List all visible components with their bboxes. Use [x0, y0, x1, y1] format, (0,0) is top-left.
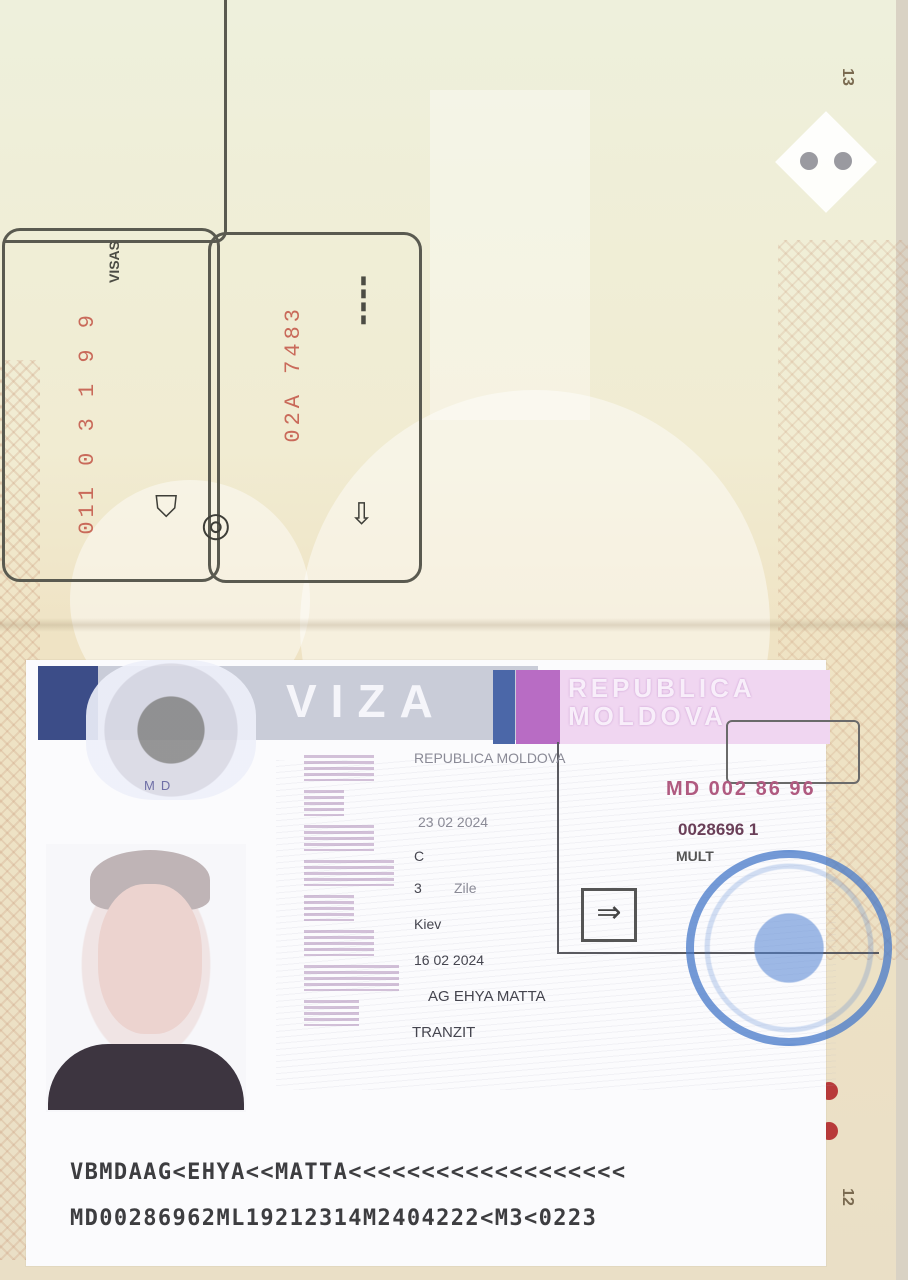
issuing-state-line1: REPUBLICA — [568, 674, 756, 702]
exit-arrow-icon: ⇩ — [349, 497, 374, 532]
stamp-exit-right: 02A 7483 ▮▮▮▮ ⇩ ◎ — [208, 232, 422, 583]
duration: 3 — [414, 880, 422, 896]
passport-page: 13 12 VISAS 011 0 3 1 9 9 ⛉ 02A 7483 ▮▮▮… — [0, 0, 908, 1280]
page-number-top: 13 — [838, 68, 856, 86]
visa-code: 0028696 1 — [678, 820, 758, 840]
field-label — [304, 930, 374, 956]
stamp-top-left — [4, 0, 227, 243]
date-of-issue: 16 02 2024 — [414, 952, 484, 968]
photo-shoulders — [48, 1044, 244, 1110]
visa-sticker: VIZA REPUBLICA MOLDOVA MD REPUBLICA MOLD… — [26, 660, 826, 1266]
visa-title: VIZA — [286, 674, 447, 728]
emblem-caption: MD — [144, 778, 176, 793]
field-label — [304, 790, 344, 816]
diamond-dot-icon — [834, 152, 852, 170]
field-label — [304, 1000, 359, 1026]
holder-photo — [46, 844, 246, 1112]
diamond-dot-icon — [800, 152, 818, 170]
field-label — [304, 825, 374, 851]
field-label — [304, 860, 394, 886]
diamond-marker-top — [775, 111, 877, 213]
field-label — [304, 755, 374, 781]
page-number-bottom: 12 — [838, 1188, 856, 1206]
remarks: TRANZIT — [412, 1024, 475, 1041]
watermark-portrait — [430, 90, 590, 420]
field-label — [304, 965, 399, 991]
valid-from: 23 02 2024 — [418, 814, 488, 830]
entry-arrow-icon: ⇒ — [581, 888, 637, 942]
page-fold — [0, 618, 908, 632]
header-band-blue — [493, 670, 515, 744]
stamp-text: ▮▮▮▮ — [359, 275, 370, 327]
stamp-label: VISAS — [109, 241, 120, 283]
machine-readable-zone: VBMDAAG<EHYA<<MATTA<<<<<<<<<<<<<<<<<<< M… — [70, 1150, 627, 1242]
consular-seal — [686, 850, 892, 1046]
mrz-line-1: VBMDAAG<EHYA<<MATTA<<<<<<<<<<<<<<<<<<< — [70, 1150, 627, 1196]
stamp-entry-left: VISAS 011 0 3 1 9 9 ⛉ — [2, 228, 220, 582]
issuer-line: REPUBLICA MOLDOVA — [414, 750, 565, 766]
round-seal-icon: ◎ — [201, 505, 231, 545]
mrz-line-2: MD00286962ML19212314M2404222<M3<0223 — [70, 1196, 627, 1242]
stamp-number: 02A 7483 — [281, 305, 306, 443]
shield-icon: ⛉ — [155, 491, 178, 525]
entries-type: MULT — [676, 848, 714, 864]
category: C — [414, 848, 424, 864]
place-of-issue: Kiev — [414, 916, 441, 932]
field-label — [304, 895, 354, 921]
photo-face — [98, 884, 202, 1034]
stamp-number: 011 0 3 1 9 9 — [75, 311, 100, 535]
field-labels — [304, 755, 404, 1035]
holder-name: AG EHYA MATTA — [428, 988, 546, 1005]
duration-unit: Zile — [454, 880, 477, 896]
visa-number: MD 002 86 96 — [666, 778, 816, 801]
header-band-magenta — [516, 670, 560, 744]
